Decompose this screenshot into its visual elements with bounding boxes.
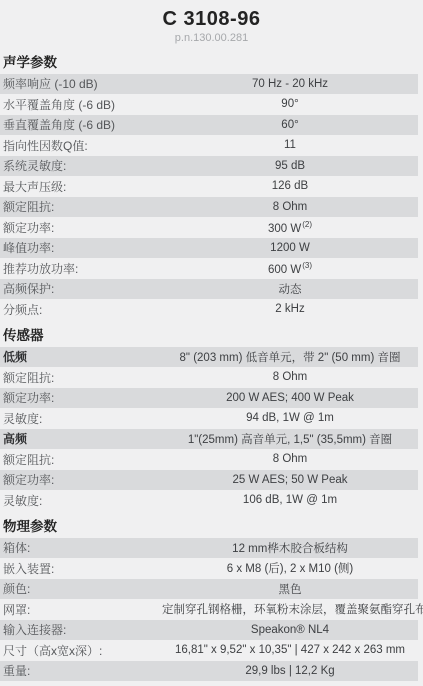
spec-value: Speakon® NL4	[162, 624, 418, 636]
spec-value-text: 8 Ohm	[273, 453, 308, 465]
spec-value: 94 dB, 1W @ 1m	[162, 412, 418, 424]
spec-row: 额定功率:25 W AES; 50 W Peak	[0, 470, 418, 490]
spec-value: 200 W AES; 400 W Peak	[162, 392, 418, 404]
spec-value: 106 dB, 1W @ 1m	[162, 494, 418, 506]
spec-label: 额定阻抗:	[0, 451, 162, 468]
spec-value-text: 动态	[279, 284, 302, 296]
spec-row: 尺寸（高x宽x深）:16,81" x 9,52" x 10,35" | 427 …	[0, 641, 418, 661]
spec-value-text: 90°	[281, 98, 298, 110]
spec-row: 重量:29,9 lbs | 12,2 Kg	[0, 661, 418, 681]
spec-value: 8 Ohm	[162, 371, 418, 383]
spec-value: 1"(25mm) 高音单元, 1,5" (35,5mm) 音圈	[162, 431, 418, 447]
product-model-title: C 3108-96	[0, 8, 423, 30]
spec-label: 垂直覆盖角度 (-6 dB)	[0, 116, 162, 133]
spec-row: 箱体:12 mm桦木胶合板结构	[0, 538, 418, 558]
spec-label: 指向性因数Q值:	[0, 137, 162, 154]
spec-value: 29,9 lbs | 12,2 Kg	[162, 665, 418, 677]
spec-row: 嵌入装置:6 x M8 (后), 2 x M10 (侧)	[0, 559, 418, 579]
spec-value-text: 11	[284, 139, 296, 151]
spec-label: 水平覆盖角度 (-6 dB)	[0, 96, 162, 113]
spec-value-text: 8 Ohm	[273, 201, 308, 213]
spec-value: 8 Ohm	[162, 453, 418, 465]
spec-value-text: 94 dB, 1W @ 1m	[246, 412, 334, 424]
spec-value: 95 dB	[162, 160, 418, 172]
spec-value: 12 mm桦木胶合板结构	[162, 540, 418, 556]
spec-row: 颜色:黑色	[0, 579, 418, 599]
spec-label: 额定功率:	[0, 219, 162, 236]
footnote-ref: (3)	[302, 261, 312, 270]
spec-row: 额定功率:300 W(2)	[0, 218, 418, 238]
spec-value-text: 106 dB, 1W @ 1m	[243, 494, 337, 506]
spec-value-text: 1200 W	[270, 242, 310, 254]
spec-label: 尺寸（高x宽x深）:	[0, 642, 162, 659]
spec-rows: 箱体:12 mm桦木胶合板结构嵌入装置:6 x M8 (后), 2 x M10 …	[0, 538, 423, 681]
spec-row: 输入连接器:Speakon® NL4	[0, 620, 418, 640]
spec-row: 频率响应 (-10 dB)70 Hz - 20 kHz	[0, 74, 418, 94]
spec-section: 声学参数频率响应 (-10 dB)70 Hz - 20 kHz水平覆盖角度 (-…	[0, 55, 423, 319]
footnote-ref: (2)	[302, 220, 312, 229]
spec-row: 低频8" (203 mm) 低音单元，带 2" (50 mm) 音圈	[0, 347, 418, 367]
spec-row: 额定阻抗:8 Ohm	[0, 197, 418, 217]
spec-label: 额定功率:	[0, 389, 162, 406]
spec-value-text: 29,9 lbs | 12,2 Kg	[245, 665, 334, 677]
spec-value: 8" (203 mm) 低音单元，带 2" (50 mm) 音圈	[162, 349, 418, 365]
spec-row: 水平覆盖角度 (-6 dB)90°	[0, 95, 418, 115]
spec-row: 系统灵敏度:95 dB	[0, 156, 418, 176]
spec-label: 峰值功率:	[0, 239, 162, 256]
spec-row: 额定阻抗:8 Ohm	[0, 368, 418, 388]
spec-row: 推荐功放功率:600 W(3)	[0, 259, 418, 279]
spec-value-text: 12 mm桦木胶合板结构	[232, 543, 348, 555]
spec-section: 传感器低频8" (203 mm) 低音单元，带 2" (50 mm) 音圈额定阻…	[0, 328, 423, 510]
spec-label: 分频点:	[0, 301, 162, 318]
spec-value-text: 95 dB	[275, 160, 305, 172]
spec-row: 灵敏度:94 dB, 1W @ 1m	[0, 409, 418, 429]
spec-section: 物理参数箱体:12 mm桦木胶合板结构嵌入装置:6 x M8 (后), 2 x …	[0, 519, 423, 681]
spec-value: 2 kHz	[162, 303, 418, 315]
spec-rows: 频率响应 (-10 dB)70 Hz - 20 kHz水平覆盖角度 (-6 dB…	[0, 74, 423, 319]
spec-value: 6 x M8 (后), 2 x M10 (侧)	[162, 560, 418, 576]
spec-row: 灵敏度:106 dB, 1W @ 1m	[0, 491, 418, 511]
spec-label: 额定阻抗:	[0, 369, 162, 386]
spec-value: 70 Hz - 20 kHz	[162, 78, 418, 90]
spec-value-text: 16,81" x 9,52" x 10,35" | 427 x 242 x 26…	[175, 644, 405, 656]
spec-value: 600 W(3)	[162, 261, 418, 276]
spec-value: 动态	[162, 281, 418, 297]
spec-value-text: 2 kHz	[275, 303, 304, 315]
spec-label: 推荐功放功率:	[0, 260, 162, 277]
spec-row: 指向性因数Q值:11	[0, 136, 418, 156]
spec-label: 高频	[0, 430, 162, 447]
spec-label: 输入连接器:	[0, 621, 162, 638]
spec-value-text: 126 dB	[272, 180, 308, 192]
spec-label: 颜色:	[0, 580, 162, 597]
spec-value-text: 定制穿孔钢格栅，环氧粉末涂层，覆盖聚氨酯穿孔布	[162, 604, 423, 616]
spec-label: 重量:	[0, 662, 162, 679]
spec-value-text: 300 W	[268, 223, 301, 235]
header: C 3108-96 p.n.130.00.281	[0, 0, 423, 45]
spec-value-text: 200 W AES; 400 W Peak	[226, 392, 354, 404]
spec-value-text: 黑色	[279, 584, 302, 596]
spec-label: 最大声压级:	[0, 178, 162, 195]
spec-value-text: 8" (203 mm) 低音单元，带 2" (50 mm) 音圈	[180, 352, 401, 364]
spec-value-text: 600 W	[268, 264, 301, 276]
section-title: 传感器	[3, 328, 423, 343]
spec-label: 灵敏度:	[0, 492, 162, 509]
spec-rows: 低频8" (203 mm) 低音单元，带 2" (50 mm) 音圈额定阻抗:8…	[0, 347, 423, 510]
spec-label: 高频保护:	[0, 280, 162, 297]
spec-label: 箱体:	[0, 539, 162, 556]
spec-label: 额定阻抗:	[0, 198, 162, 215]
spec-row: 网罩:定制穿孔钢格栅，环氧粉末涂层，覆盖聚氨酯穿孔布	[0, 600, 418, 620]
spec-value: 11	[162, 139, 418, 151]
spec-value-text: 60°	[281, 119, 298, 131]
spec-sheet-page: C 3108-96 p.n.130.00.281 声学参数频率响应 (-10 d…	[0, 0, 423, 686]
spec-label: 额定功率:	[0, 471, 162, 488]
spec-value-text: 25 W AES; 50 W Peak	[232, 474, 347, 486]
spec-label: 频率响应 (-10 dB)	[0, 75, 162, 92]
spec-value: 90°	[162, 98, 418, 110]
spec-label: 灵敏度:	[0, 410, 162, 427]
spec-value: 16,81" x 9,52" x 10,35" | 427 x 242 x 26…	[162, 644, 418, 656]
spec-row: 最大声压级:126 dB	[0, 177, 418, 197]
spec-row: 额定功率:200 W AES; 400 W Peak	[0, 388, 418, 408]
spec-row: 分频点:2 kHz	[0, 300, 418, 320]
part-number: p.n.130.00.281	[0, 32, 423, 45]
spec-row: 额定阻抗:8 Ohm	[0, 450, 418, 470]
spec-sections: 声学参数频率响应 (-10 dB)70 Hz - 20 kHz水平覆盖角度 (-…	[0, 55, 423, 681]
spec-row: 高频保护:动态	[0, 279, 418, 299]
section-title: 物理参数	[3, 519, 423, 534]
spec-value: 25 W AES; 50 W Peak	[162, 474, 418, 486]
spec-value: 8 Ohm	[162, 201, 418, 213]
spec-value: 126 dB	[162, 180, 418, 192]
spec-value-text: 70 Hz - 20 kHz	[252, 78, 328, 90]
spec-value: 1200 W	[162, 242, 418, 254]
spec-value: 定制穿孔钢格栅，环氧粉末涂层，覆盖聚氨酯穿孔布	[162, 601, 423, 617]
section-title: 声学参数	[3, 55, 423, 70]
spec-row: 峰值功率:1200 W	[0, 238, 418, 258]
spec-value-text: 6 x M8 (后), 2 x M10 (侧)	[227, 563, 354, 575]
spec-value-text: 1"(25mm) 高音单元, 1,5" (35,5mm) 音圈	[188, 434, 392, 446]
spec-label: 嵌入装置:	[0, 560, 162, 577]
spec-row: 垂直覆盖角度 (-6 dB)60°	[0, 115, 418, 135]
spec-value-text: 8 Ohm	[273, 371, 308, 383]
spec-label: 系统灵敏度:	[0, 157, 162, 174]
spec-label: 低频	[0, 348, 162, 365]
spec-label: 网罩:	[0, 601, 162, 618]
spec-value: 300 W(2)	[162, 220, 418, 235]
spec-value: 黑色	[162, 581, 418, 597]
spec-value: 60°	[162, 119, 418, 131]
spec-row: 高频1"(25mm) 高音单元, 1,5" (35,5mm) 音圈	[0, 429, 418, 449]
spec-value-text: Speakon® NL4	[251, 624, 329, 636]
